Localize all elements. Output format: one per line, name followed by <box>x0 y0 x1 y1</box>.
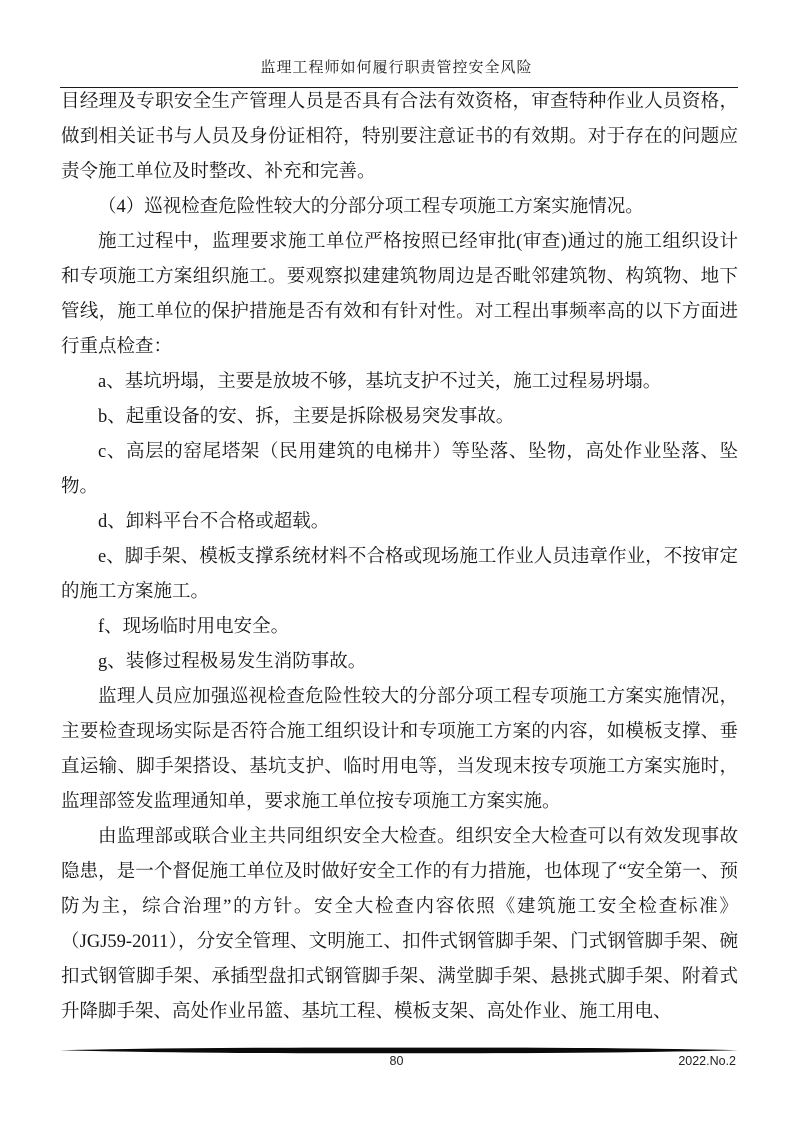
paragraph: d、卸料平台不合格或超载。 <box>61 505 738 540</box>
paragraph: 目经理及专职安全生产管理人员是否具有合法有效资格，审查特种作业人员资格，做到相关… <box>61 85 738 190</box>
paragraph: 监理人员应加强巡视检查危险性较大的分部分项工程专项施工方案实施情况，主要检查现场… <box>61 680 738 820</box>
paragraph: b、起重设备的安、拆，主要是拆除极易突发事故。 <box>61 400 738 435</box>
paragraph: c、高层的窑尾塔架（民用建筑的电梯井）等坠落、坠物，高处作业坠落、坠物。 <box>61 435 738 505</box>
paragraph: f、现场临时用电安全。 <box>61 610 738 645</box>
paragraph: 由监理部或联合业主共同组织安全大检查。组织安全大检查可以有效发现事故隐患，是一个… <box>61 820 738 1030</box>
paragraph: g、装修过程极易发生消防事故。 <box>61 645 738 680</box>
page-number: 80 <box>0 1054 793 1068</box>
issue-number: 2022.No.2 <box>678 1054 736 1068</box>
paragraph: e、脚手架、模板支撑系统材料不合格或现场施工作业人员违章作业，不按审定的施工方案… <box>61 540 738 610</box>
paragraph: 施工过程中，监理要求施工单位严格按照已经审批(审查)通过的施工组织设计和专项施工… <box>61 225 738 365</box>
running-header-title: 监理工程师如何履行职责管控安全风险 <box>0 56 793 77</box>
paragraph: （4）巡视检查危险性较大的分部分项工程专项施工方案实施情况。 <box>61 190 738 225</box>
document-body: 目经理及专职安全生产管理人员是否具有合法有效资格，审查特种作业人员资格，做到相关… <box>61 85 738 1030</box>
document-page: 监理工程师如何履行职责管控安全风险 目经理及专职安全生产管理人员是否具有合法有效… <box>0 0 793 1122</box>
paragraph: a、基坑坍塌，主要是放坡不够，基坑支护不过关，施工过程易坍塌。 <box>61 365 738 400</box>
